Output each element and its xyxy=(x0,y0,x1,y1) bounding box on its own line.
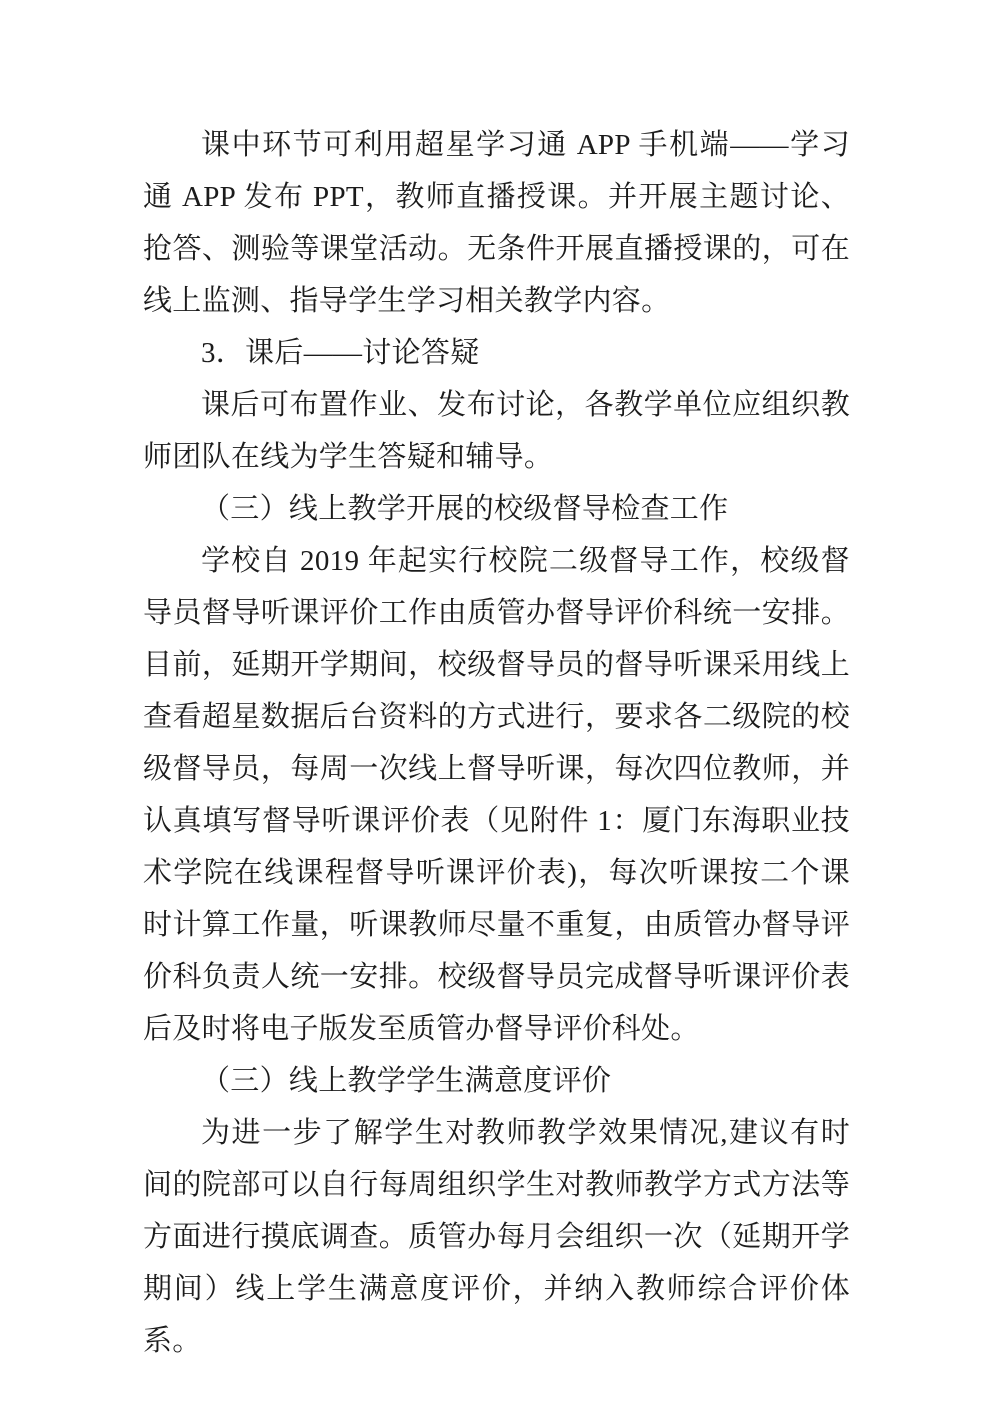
paragraph: （三）线上教学学生满意度评价 xyxy=(143,1055,850,1107)
paragraph: 课中环节可利用超星学习通 APP 手机端——学习通 APP 发布 PPT，教师直… xyxy=(143,119,850,327)
paragraph: 学校自 2019 年起实行校院二级督导工作，校级督导员督导听课评价工作由质管办督… xyxy=(143,535,850,1055)
paragraph: 课后可布置作业、发布讨论，各教学单位应组织教师团队在线为学生答疑和辅导。 xyxy=(143,379,850,483)
paragraph: 为进一步了解学生对教师教学效果情况,建议有时间的院部可以自行每周组织学生对教师教… xyxy=(143,1107,850,1367)
document-page: 课中环节可利用超星学习通 APP 手机端——学习通 APP 发布 PPT，教师直… xyxy=(0,0,992,1404)
document-body: 课中环节可利用超星学习通 APP 手机端——学习通 APP 发布 PPT，教师直… xyxy=(143,119,850,1367)
paragraph: 3．课后——讨论答疑 xyxy=(143,327,850,379)
paragraph: （三）线上教学开展的校级督导检查工作 xyxy=(143,483,850,535)
